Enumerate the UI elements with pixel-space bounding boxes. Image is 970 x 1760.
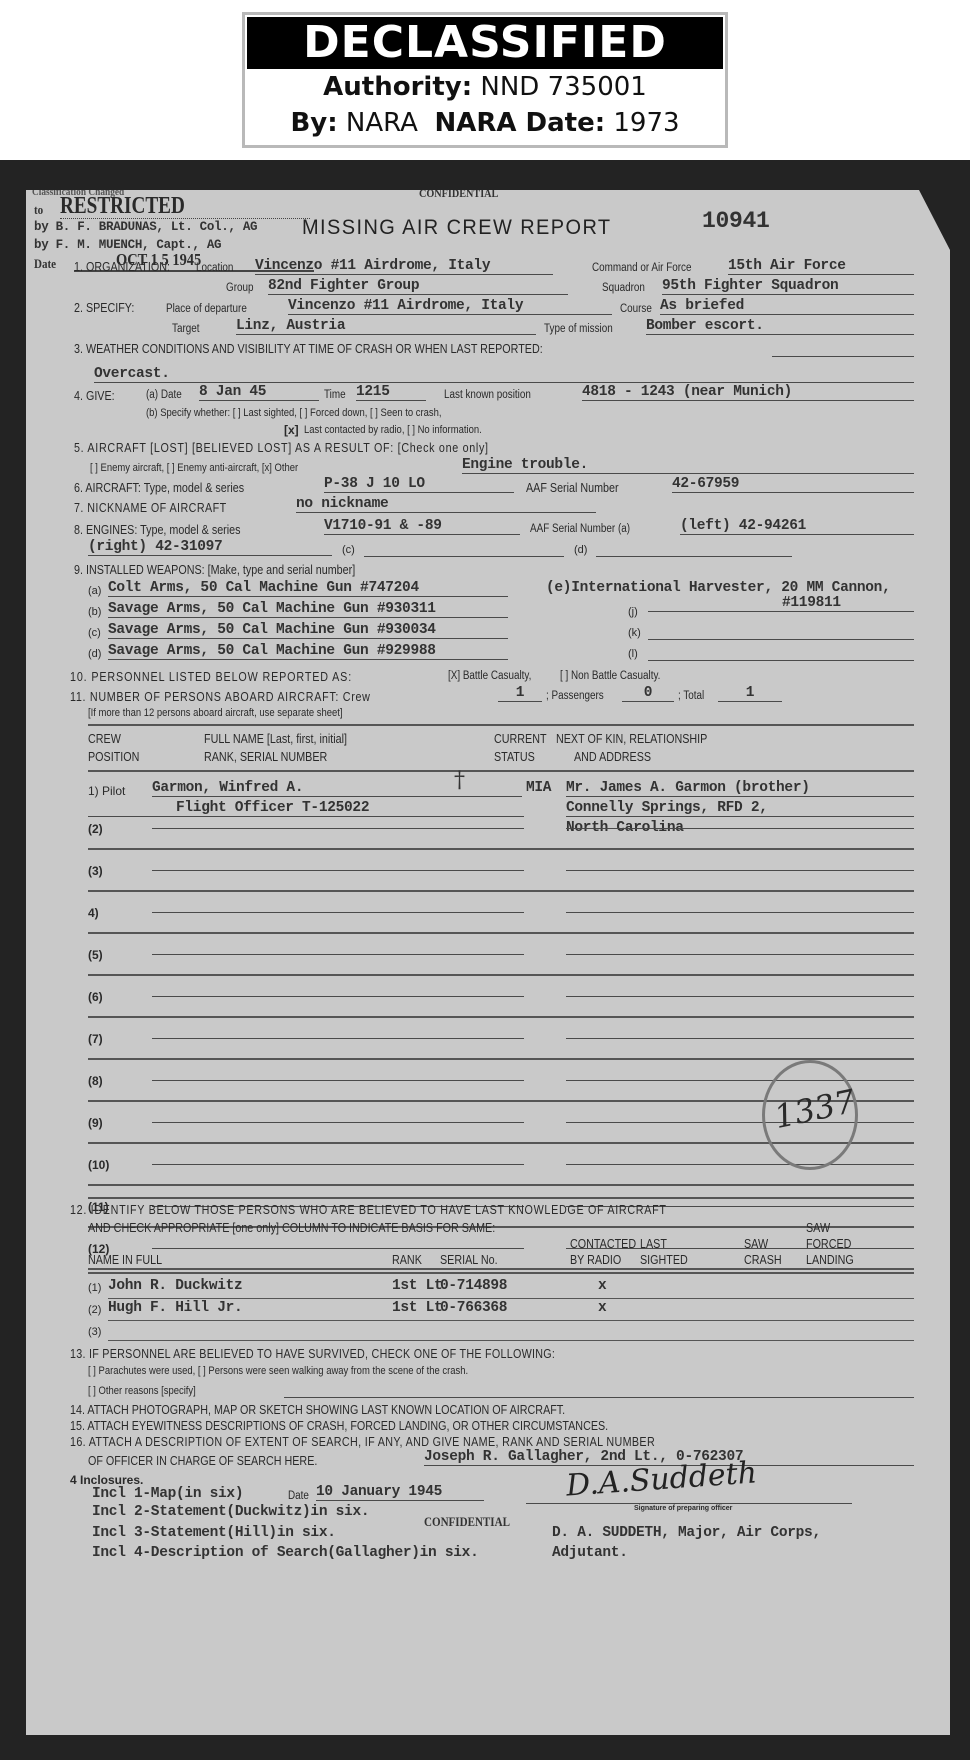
witnesses-header-rule [88, 1272, 914, 1274]
classification-bottom: CONFIDENTIAL [424, 1514, 510, 1530]
report-date-value: 10 January 1945 [316, 1484, 484, 1501]
attach-item-14: 14. ATTACH PHOTOGRAPH, MAP OR SKETCH SHO… [70, 1403, 565, 1417]
crew-row-7-name-line [152, 1038, 524, 1039]
witnesses-header-forced-0: SAW [806, 1221, 830, 1235]
target-value: Linz, Austria [236, 318, 536, 335]
crew-row-1-status: MIA [526, 780, 551, 796]
declassified-banner: DECLASSIFIED Authority: NND 735001 By: N… [242, 12, 728, 148]
attach-item-15: 15. ATTACH EYEWITNESS DESCRIPTIONS OF CR… [70, 1419, 608, 1433]
weapon-c-tag: (c) [88, 627, 101, 639]
engine-c-label: (c) [342, 544, 355, 556]
weather-blank-line [772, 356, 914, 357]
witnesses-label-2: AND CHECK APPROPRIATE [one only] COLUMN … [88, 1221, 495, 1235]
crew-row-8-kin-line [566, 1080, 914, 1081]
crew-row-1-kin-address: Connelly Springs, RFD 2, [566, 800, 914, 817]
aircraft-serial-label: AAF Serial Number [526, 481, 619, 495]
crew-row-3-name-line [152, 870, 524, 871]
crew-count: 1 [498, 685, 542, 702]
total-count: 1 [718, 685, 782, 702]
crew-row-5-kin-line [566, 954, 914, 955]
engines-serial-label: AAF Serial Number (a) [530, 523, 630, 535]
signature-line [526, 1503, 852, 1504]
weapon-j-value: #119811 [648, 595, 914, 612]
crew-row-4-divider [88, 932, 914, 934]
weapons-label: 9. INSTALLED WEAPONS: [Make, type and se… [74, 563, 355, 577]
engine-a-serial: (left) 42-94261 [680, 518, 914, 535]
by-label: By: [290, 108, 337, 138]
crew-row-6-name-line [152, 996, 524, 997]
engines-type-value: V1710-91 & -89 [324, 518, 520, 535]
report-number: 10941 [702, 208, 770, 234]
course-label: Course [620, 303, 652, 315]
time-label: Time [324, 389, 346, 401]
radio-contact-checkbox: [x] [284, 423, 299, 437]
date-value: 8 Jan 45 [199, 384, 319, 401]
crew-row-1-name: Garmon, Winfred A. [152, 780, 522, 797]
crew-row-6-num: (6) [88, 990, 103, 1004]
crew-header-position-2: POSITION [88, 750, 139, 764]
crew-row-7-divider [88, 1058, 914, 1060]
stamp-restricted: RESTRICTED [60, 193, 185, 220]
crew-header-kin-2: AND ADDRESS [574, 750, 651, 764]
aircraft-type-value: P-38 J 10 LO [324, 476, 514, 493]
stamp-to-underline [60, 218, 310, 219]
signer-title: Adjutant. [552, 1545, 628, 1561]
nickname-value: no nickname [296, 496, 596, 513]
missing-air-crew-report-form: Classification Changed to RESTRICTED by … [26, 190, 950, 1735]
mission-type-label: Type of mission [544, 323, 613, 335]
engine-d-blank [596, 556, 792, 557]
witness-1-num: (1) [88, 1282, 101, 1294]
organization-label: 1. ORGANIZATION: [74, 260, 170, 274]
group-value: 82nd Fighter Group [268, 278, 568, 295]
crew-row-4-kin-line [566, 912, 914, 913]
witnesses-header-crash-2: CRASH [744, 1253, 782, 1267]
crew-row-5-divider [88, 974, 914, 976]
loss-other-value: Engine trouble. [462, 457, 914, 474]
witness-2-radio-check: x [598, 1300, 606, 1316]
command-label: Command or Air Force [592, 262, 691, 274]
attach-item-16-cont: OF OFFICER IN CHARGE OF SEARCH HERE. [88, 1454, 317, 1468]
deceased-cross-mark: † [454, 768, 465, 793]
section-12-top-rule [88, 1197, 914, 1199]
aboard-note: [If more than 12 persons aboard aircraft… [88, 707, 343, 719]
survived-label: 13. IF PERSONNEL ARE BELIEVED TO HAVE SU… [70, 1347, 555, 1361]
aboard-label: 11. NUMBER OF PERSONS ABOARD AIRCRAFT: C… [70, 690, 371, 704]
crew-row-6-kin-line [566, 996, 914, 997]
crew-row-2-num: (2) [88, 822, 103, 836]
crew-row-10-kin-line [566, 1164, 914, 1165]
loss-options: [ ] Enemy aircraft, [ ] Enemy anti-aircr… [90, 462, 298, 474]
specify-whether-line-2: Last contacted by radio, [ ] No informat… [304, 424, 482, 436]
aircraft-serial-value: 42-67959 [672, 476, 914, 493]
nara-date-label: NARA Date: [434, 108, 605, 138]
witness-1-rule [108, 1298, 914, 1299]
give-label: 4. GIVE: [74, 389, 115, 403]
inclosure-2: Incl 2-Statement(Duckwitz)in six. [92, 1504, 369, 1520]
weather-value: Overcast. [94, 366, 914, 383]
crew-row-4-num: 4) [88, 906, 99, 920]
authority-value: NND 735001 [480, 72, 646, 102]
survived-option-line-1: [ ] Parachutes were used, [ ] Persons we… [88, 1365, 468, 1377]
crew-row-7-num: (7) [88, 1032, 103, 1046]
group-label: Group [226, 282, 253, 294]
weapon-k-blank [648, 639, 914, 640]
weather-label: 3. WEATHER CONDITIONS AND VISIBILITY AT … [74, 342, 543, 356]
crew-row-1-position: Pilot [102, 784, 125, 798]
crew-header-bottom-rule [88, 770, 914, 772]
position-label: Last known position [444, 389, 531, 401]
crew-row-5-num: (5) [88, 948, 103, 962]
specify-label: 2. SPECIFY: [74, 301, 134, 315]
engine-b-serial: (right) 42-31097 [88, 539, 332, 556]
crew-row-10-name-line [152, 1164, 524, 1165]
crew-header-name-1: FULL NAME [Last, first, initial] [204, 732, 347, 746]
squadron-value: 95th Fighter Squadron [662, 278, 914, 295]
crew-row-2-name-line [152, 828, 524, 829]
crew-row-5-name-line [152, 954, 524, 955]
witnesses-header-serial: SERIAL No. [440, 1253, 498, 1267]
authority-line: Authority: NND 735001 [245, 69, 725, 105]
weapon-b-value: Savage Arms, 50 Cal Machine Gun #930311 [108, 601, 508, 618]
nara-date-value: 1973 [613, 108, 679, 138]
loss-label: 5. AIRCRAFT [LOST] [BELIEVED LOST] AS A … [74, 441, 489, 455]
passengers-count: 0 [622, 685, 674, 702]
witness-2-num: (2) [88, 1304, 101, 1316]
witness-2-rule [108, 1320, 914, 1321]
crew-row-10-num: (10) [88, 1158, 109, 1172]
non-battle-casualty-option: [ ] Non Battle Casualty. [560, 670, 660, 682]
crew-header-status-2: STATUS [494, 750, 535, 764]
departure-label: Place of departure [166, 303, 247, 315]
crew-header-kin-1: NEXT OF KIN, RELATIONSHIP [556, 732, 707, 746]
crew-row-9-kin-line [566, 1122, 914, 1123]
crew-row-8-name-line [152, 1080, 524, 1081]
report-date-label: Date [288, 1490, 309, 1502]
weapon-c-value: Savage Arms, 50 Cal Machine Gun #930034 [108, 622, 508, 639]
nickname-label: 7. NICKNAME OF AIRCRAFT [74, 501, 227, 515]
weapon-d-value: Savage Arms, 50 Cal Machine Gun #929988 [108, 643, 508, 660]
witness-1-rank: 1st Lt [392, 1278, 442, 1294]
witness-1-name: John R. Duckwitz [108, 1278, 242, 1294]
witness-2-rank: 1st Lt [392, 1300, 442, 1316]
weapon-l-tag: (l) [628, 648, 638, 660]
crew-row-10-divider [88, 1184, 914, 1186]
survived-other-blank [284, 1397, 914, 1398]
witnesses-header-radio-1: CONTACTED [570, 1237, 636, 1251]
target-label: Target [172, 323, 199, 335]
crew-row-1-number: 1) [88, 784, 99, 798]
witness-2-serial: 0-766368 [440, 1300, 507, 1316]
witnesses-header-forced-1: FORCED [806, 1237, 851, 1251]
witness-2-name: Hugh F. Hill Jr. [108, 1300, 242, 1316]
by-value: NARA [346, 108, 418, 138]
witnesses-header-sighted-2: SIGHTED [640, 1253, 688, 1267]
time-value: 1215 [356, 384, 426, 401]
crew-row-2-kin-line [566, 828, 914, 829]
engine-c-blank [364, 556, 564, 557]
declassified-title: DECLASSIFIED [247, 17, 723, 69]
crew-row-4-name-line [152, 912, 524, 913]
crew-row-1-num: 1) Pilot [88, 784, 125, 798]
witnesses-header-rank: RANK [392, 1253, 422, 1267]
form-title: MISSING AIR CREW REPORT [302, 216, 612, 240]
weapon-j-tag: (j) [628, 606, 638, 618]
engine-d-label: (d) [574, 544, 587, 556]
crew-header-status-1: CURRENT [494, 732, 547, 746]
weapon-l-blank [648, 660, 914, 661]
crew-row-8-num: (8) [88, 1074, 103, 1088]
location-label: Location [196, 262, 233, 274]
crew-row-9-name-line [152, 1122, 524, 1123]
position-value: 4818 - 1243 (near Munich) [582, 384, 914, 401]
stamp-to-label: to [34, 202, 43, 218]
mission-type-value: Bomber escort. [646, 318, 914, 335]
signature-caption: Signature of preparing officer [634, 1505, 732, 1512]
stamp-by-line-1: by B. F. BRADUNAS, Lt. Col., AG [34, 220, 257, 234]
crew-row-1-kin: Mr. James A. Garmon (brother) [566, 780, 914, 797]
witnesses-header-radio-2: BY RADIO [570, 1253, 621, 1267]
departure-value: Vincenzo #11 Airdrome, Italy [288, 298, 612, 315]
weapon-b-tag: (b) [88, 606, 101, 618]
signer-name: D. A. SUDDETH, Major, Air Corps, [552, 1525, 821, 1541]
crew-row-3-divider [88, 890, 914, 892]
crew-header-position-1: CREW [88, 732, 121, 746]
passengers-label: ; Passengers [546, 690, 604, 702]
witnesses-label-1: 12. IDENTIFY BELOW THOSE PERSONS WHO ARE… [70, 1203, 667, 1217]
crew-row-3-num: (3) [88, 864, 103, 878]
weapon-e-text: International Harvester, 20 MM Cannon, [571, 580, 890, 596]
crew-header-name-2: RANK, SERIAL NUMBER [204, 750, 327, 764]
crew-row-12-divider [88, 1268, 914, 1270]
weapon-a-tag: (a) [88, 585, 101, 597]
crew-row-6-divider [88, 1016, 914, 1018]
weapon-k-tag: (k) [628, 627, 641, 639]
witness-3-rule [108, 1340, 914, 1341]
witness-3-num: (3) [88, 1326, 101, 1338]
crew-row-7-kin-line [566, 1038, 914, 1039]
weapon-d-tag: (d) [88, 648, 101, 660]
inclosures-label: 4 Inclosures. [70, 1473, 143, 1487]
witnesses-header-name: NAME IN FULL [88, 1253, 162, 1267]
stamp-date-label: Date [34, 256, 56, 272]
witnesses-header-forced-2: LANDING [806, 1253, 854, 1267]
engines-label: 8. ENGINES: Type, model & series [74, 523, 241, 537]
witness-1-serial: 0-714898 [440, 1278, 507, 1294]
squadron-label: Squadron [602, 282, 645, 294]
personnel-label: 10. PERSONNEL LISTED BELOW REPORTED AS: [70, 670, 352, 684]
aircraft-label: 6. AIRCRAFT: Type, model & series [74, 481, 244, 495]
witnesses-header-crash-1: SAW [744, 1237, 768, 1251]
inclosure-1: Incl 1-Map(in six) [92, 1486, 243, 1502]
course-value: As briefed [660, 298, 914, 315]
inclosure-3: Incl 3-Statement(Hill)in six. [92, 1525, 336, 1541]
date-label: (a) Date [146, 389, 182, 401]
location-value: Vincenzo #11 Airdrome, Italy [255, 258, 553, 275]
nara-line: By: NARA NARA Date: 1973 [245, 105, 725, 141]
crew-row-2-divider [88, 848, 914, 850]
total-label: ; Total [678, 690, 704, 702]
specify-whether-line: (b) Specify whether: [ ] Last sighted, [… [146, 407, 442, 419]
crew-row-12-name-line [152, 1248, 524, 1249]
survived-option-other: [ ] Other reasons [specify] [88, 1385, 196, 1397]
attach-item-16: 16. ATTACH A DESCRIPTION OF EXTENT OF SE… [70, 1435, 655, 1449]
witness-1-radio-check: x [598, 1278, 606, 1294]
crew-row-9-num: (9) [88, 1116, 103, 1130]
weapon-a-value: Colt Arms, 50 Cal Machine Gun #747204 [108, 580, 508, 597]
battle-casualty-option: [X] Battle Casualty, [448, 670, 531, 682]
weapon-e-value: (e)International Harvester, 20 MM Cannon… [546, 580, 890, 596]
command-value: 15th Air Force [728, 258, 914, 275]
inclosure-4: Incl 4-Description of Search(Gallagher)i… [92, 1545, 478, 1561]
crew-row-3-kin-line [566, 870, 914, 871]
crew-table-top-rule [88, 724, 914, 726]
crew-row-1-rank-serial: Flight Officer T-125022 [88, 800, 524, 817]
authority-label: Authority: [323, 72, 472, 102]
witnesses-header-sighted-1: LAST [640, 1237, 667, 1251]
weapon-e-tag: (e) [546, 580, 571, 596]
